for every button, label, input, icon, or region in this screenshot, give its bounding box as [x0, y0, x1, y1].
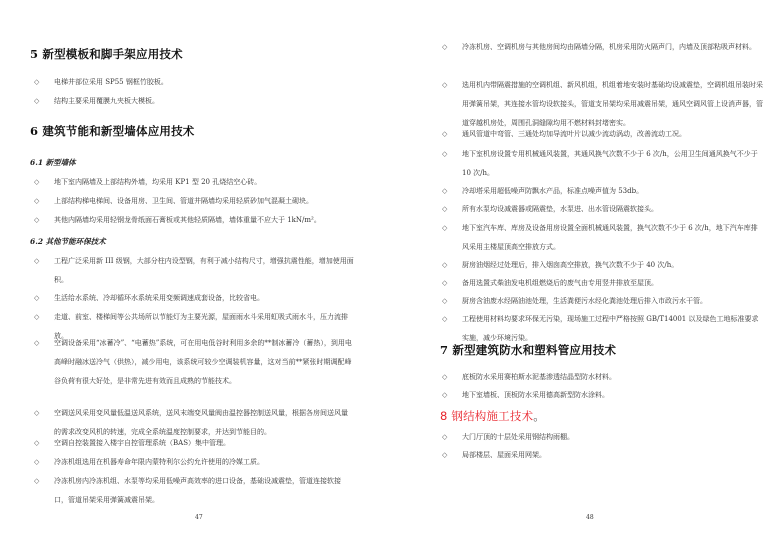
section-5-heading: 5 新型模板和脚手架应用技术: [30, 46, 183, 62]
diamond-bullet-icon: ◇: [442, 219, 447, 238]
diamond-bullet-icon: ◇: [34, 192, 39, 211]
list-item: ◇ 工程广泛采用新 III 级钢，大部分柱内设型钢，有利于减小结构尺寸，增强抗震…: [34, 252, 354, 290]
diamond-bullet-icon: ◇: [442, 368, 447, 387]
section-6-heading: 6 建筑节能和新型墙体应用技术: [30, 123, 195, 139]
diamond-bullet-icon: ◇: [442, 256, 447, 275]
list-item: ◇ 上部结构梯电梯间、设备用房、卫生间、管道井隔墙均采用轻质砂加气混凝土砌块。: [34, 192, 354, 211]
list-item: ◇ 地下室机房设置专用机械通风装置，其通风换气次数不少于 6 次/h，公用卫生间…: [442, 145, 764, 183]
diamond-bullet-icon: ◇: [34, 434, 39, 453]
subsection-6-1-heading: 6.1 新型墙体: [30, 157, 76, 168]
section-7-heading: 7 新型建筑防水和塑料管应用技术: [440, 342, 616, 358]
page-48: ◇ 冷冻机房、空调机房与其他房间均由隔墙分隔，机房采用防火隔声门，内墙及顶部粘吸…: [390, 0, 780, 546]
list-item: ◇ 厨房含油废水经隔油池处理，生活粪便污水经化粪池处理后排入市政污水干管。: [442, 292, 764, 311]
list-item: ◇ 空调设备采用“冰蓄冷”、“电蓄热”系统，可在用电低谷时利用多余的**制冰蓄冷…: [34, 334, 354, 391]
diamond-bullet-icon: ◇: [34, 252, 39, 271]
diamond-bullet-icon: ◇: [34, 472, 39, 491]
diamond-bullet-icon: ◇: [34, 211, 39, 230]
diamond-bullet-icon: ◇: [442, 446, 447, 465]
subsection-6-2-heading: 6.2 其他节能环保技术: [30, 236, 106, 247]
diamond-bullet-icon: ◇: [442, 292, 447, 311]
diamond-bullet-icon: ◇: [34, 334, 39, 353]
list-item: ◇ 冷冻机房内冷冻机组、水泵等均采用低噪声高效率的进口设备，基础设减震垫，管道连…: [34, 472, 354, 510]
list-item: ◇ 冷却塔采用超低噪声防飘水产品，标准点噪声值为 53db。: [442, 182, 764, 201]
diamond-bullet-icon: ◇: [442, 38, 447, 57]
diamond-bullet-icon: ◇: [442, 200, 447, 219]
diamond-bullet-icon: ◇: [442, 145, 447, 164]
diamond-bullet-icon: ◇: [34, 308, 39, 327]
diamond-bullet-icon: ◇: [34, 92, 39, 111]
list-item: ◇ 通风管道中弯管、三通处均加导流叶片以减少流动涡动，改善流动工况。: [442, 125, 764, 144]
diamond-bullet-icon: ◇: [442, 76, 447, 95]
diamond-bullet-icon: ◇: [442, 182, 447, 201]
list-item: ◇ 厨房油烟经过处理后，排入烟囱高空排放，换气次数不少于 40 次/h。: [442, 256, 764, 275]
section-8-heading: 8 钢结构施工技术。: [440, 408, 545, 424]
diamond-bullet-icon: ◇: [442, 386, 447, 405]
list-item: ◇ 冷冻机组选用在机器寿命年限内蒙特利尔公约允许使用的冷媒工质。: [34, 453, 354, 472]
list-item: ◇ 电梯井部位采用 SP55 钢框竹胶板。: [34, 73, 354, 92]
list-item: ◇ 局部楼层、屋面采用网架。: [442, 446, 764, 465]
list-item: ◇ 生活给水系统、冷却循环水系统采用变频调速成套设备，比较省电。: [34, 289, 354, 308]
list-item: ◇ 备用选置式柴油发电机组燃烧后的废气由专用竖井排放至屋顶。: [442, 274, 764, 293]
list-item: ◇ 大门厅顶的十层处采用钢结构雨棚。: [442, 428, 764, 447]
list-item: ◇ 地下室汽车库、库房及设备用房设置全面机械通风装置，换气次数不少于 6 次/h…: [442, 219, 764, 257]
list-item: ◇ 底板防水采用赛柏斯水泥基渗透结晶型防水材料。: [442, 368, 764, 387]
page-number: 48: [586, 514, 594, 521]
page-47: 5 新型模板和脚手架应用技术 ◇ 电梯井部位采用 SP55 钢框竹胶板。 ◇ 结…: [0, 0, 390, 546]
list-item: ◇ 地下室内隔墙及上部结构外墙，均采用 KP1 型 20 孔烧结空心砖。: [34, 173, 354, 192]
diamond-bullet-icon: ◇: [34, 173, 39, 192]
diamond-bullet-icon: ◇: [442, 125, 447, 144]
diamond-bullet-icon: ◇: [442, 428, 447, 447]
diamond-bullet-icon: ◇: [442, 274, 447, 293]
diamond-bullet-icon: ◇: [34, 404, 39, 423]
diamond-bullet-icon: ◇: [34, 289, 39, 308]
page-number: 47: [195, 514, 203, 521]
list-item: ◇ 所有水泵均设减震器或隔震垫，水泵进、出水管设隔震软接头。: [442, 200, 764, 219]
diamond-bullet-icon: ◇: [442, 310, 447, 329]
list-item: ◇ 结构主要采用覆膜九夹板大模板。: [34, 92, 354, 111]
diamond-bullet-icon: ◇: [34, 453, 39, 472]
list-item: ◇ 其他内隔墙均采用轻钢龙骨纸面石膏板或其他轻质隔墙，墙体重量不应大于 1kN/…: [34, 211, 354, 230]
list-item: ◇ 空调自控装置接入楼宇自控管理系统（BAS）集中管理。: [34, 434, 354, 453]
list-item: ◇ 冷冻机房、空调机房与其他房间均由隔墙分隔，机房采用防火隔声门，内墙及顶部粘吸…: [442, 38, 764, 57]
list-item: ◇ 地下室墙板、顶板防水采用德高新型防水涂料。: [442, 386, 764, 405]
diamond-bullet-icon: ◇: [34, 73, 39, 92]
